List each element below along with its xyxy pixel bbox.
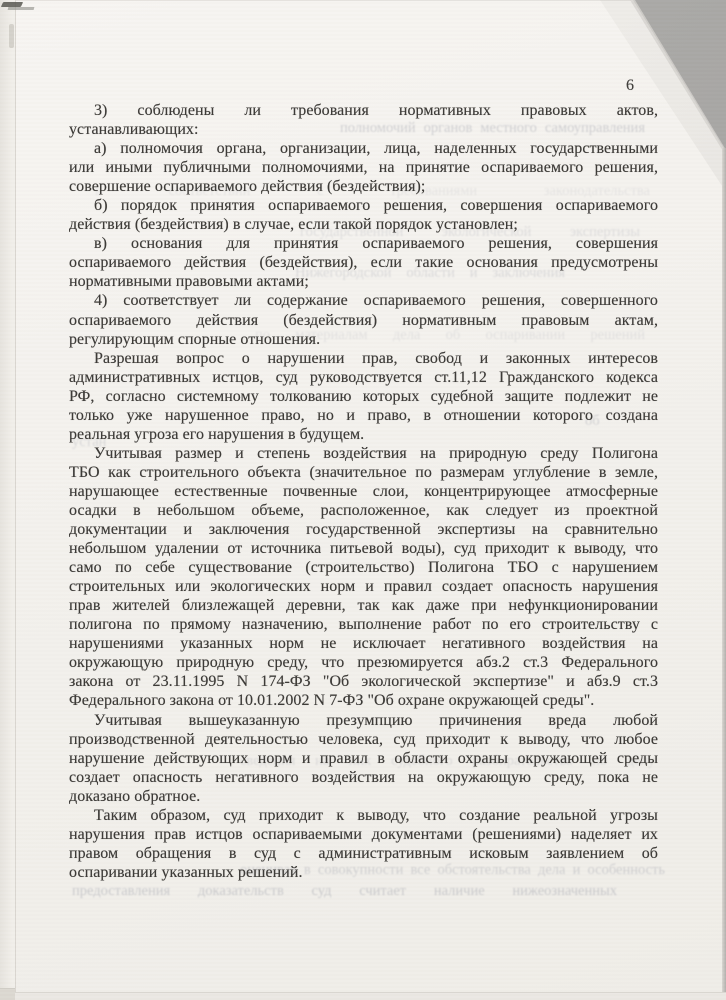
text-line: Разрешая вопрос о нарушении прав, свобод… (69, 349, 658, 368)
text-line: нарушения прав истцов оспариваемыми доку… (69, 825, 658, 844)
text-line: производственной деятельностью человека,… (69, 730, 658, 749)
text-line: создает опасность негативного воздействи… (69, 768, 658, 787)
page-number: 6 (620, 77, 640, 95)
text-line: оспариваемого действия (бездействия) нор… (69, 311, 658, 330)
text-line: б) порядок принятия оспариваемого решени… (69, 196, 658, 215)
document-text: 3) соблюдены ли требования нормативных п… (69, 101, 658, 882)
text-line: небольшом удалении от источника питьевой… (69, 539, 658, 558)
paragraph: Учитывая размер и степень воздействия на… (69, 444, 658, 711)
text-line: Федерального закона от 10.01.2002 N 7-ФЗ… (69, 691, 658, 710)
text-line: нарушениями указанных норм не исключает … (69, 634, 658, 653)
text-line: Учитывая вышеуказанную презумпцию причин… (69, 711, 658, 730)
text-line: административных истцов, суд руководству… (69, 368, 658, 387)
text-line: полигона по прямому назначению, выполнен… (69, 615, 658, 634)
text-line: документации и заключения государственно… (69, 520, 658, 539)
paragraph: Таким образом, суд приходит к выводу, чт… (69, 806, 658, 882)
page-left-edge (0, 0, 16, 1000)
text-line: действия (бездействия) в случае, если та… (69, 215, 658, 234)
text-line: Таким образом, суд приходит к выводу, чт… (69, 806, 658, 825)
text-line: 3) соблюдены ли требования нормативных п… (69, 101, 658, 120)
text-line: осадки в небольшом объеме, расположенное… (69, 501, 658, 520)
text-line: или иными публичными полномочиями, на пр… (69, 158, 658, 177)
text-line: РФ, согласно системному толкованию котор… (69, 387, 658, 406)
text-line: регулирующим спорные отношения. (69, 330, 658, 349)
text-line: в) основания для принятия оспариваемого … (69, 234, 658, 253)
text-line: ТБО как строительного объекта (значитель… (69, 463, 658, 482)
text-line: строительных или экологических норм и пр… (69, 577, 658, 596)
paragraph: б) порядок принятия оспариваемого решени… (69, 196, 658, 234)
text-line: оспаривании указанных решений. (69, 863, 658, 882)
paragraph: в) основания для принятия оспариваемого … (69, 234, 658, 291)
text-line: нарушающее естественные почвенные слои, … (69, 482, 658, 501)
text-line: правом обращения в суд с административны… (69, 844, 658, 863)
text-line: совершение оспариваемого действия (безде… (69, 177, 658, 196)
paragraph: а) полномочия органа, организации, лица,… (69, 139, 658, 196)
text-line: прав жителей близлежащей деревни, так ка… (69, 596, 658, 615)
scan-top-edge (0, 0, 631, 1)
ghost-text-line: предоставления доказательств суд считает… (72, 883, 617, 901)
page-bottom-edge (0, 992, 726, 1000)
page-right-edge (722, 148, 726, 1000)
corner-fold-mark-secondary (8, 7, 35, 10)
bottom-left-corner-mark (0, 988, 15, 1000)
text-line: само по себе существование (строительств… (69, 558, 658, 577)
text-line: закона от 23.11.1995 N 174-ФЗ "Об эколог… (69, 672, 658, 691)
text-line: нарушение действующих норм и правил в об… (69, 749, 658, 768)
text-line: доказано обратное. (69, 787, 658, 806)
paragraph: Разрешая вопрос о нарушении прав, свобод… (69, 349, 658, 444)
paragraph: 4) соответствует ли содержание оспаривае… (69, 291, 658, 348)
text-line: оспариваемого действия (бездействия), ес… (69, 253, 658, 272)
text-line: Учитывая размер и степень воздействия на… (69, 444, 658, 463)
text-line: окружающую природную среду, что презюмир… (69, 653, 658, 672)
paragraph: Учитывая вышеуказанную презумпцию причин… (69, 711, 658, 806)
text-line: только уже нарушенное право, но и право,… (69, 406, 658, 425)
paragraph: 3) соблюдены ли требования нормативных п… (69, 101, 658, 139)
text-line: 4) соответствует ли содержание оспаривае… (69, 291, 658, 310)
scanned-page: полномочий органов местного самоуправлен… (0, 0, 726, 1000)
text-line: а) полномочия органа, организации, лица,… (69, 139, 658, 158)
text-line: реальная угроза его нарушения в будущем. (69, 425, 658, 444)
text-line: нормативными правовыми актами; (69, 272, 658, 291)
edge-smudge (9, 24, 14, 48)
text-line: устанавливающих: (69, 120, 658, 139)
